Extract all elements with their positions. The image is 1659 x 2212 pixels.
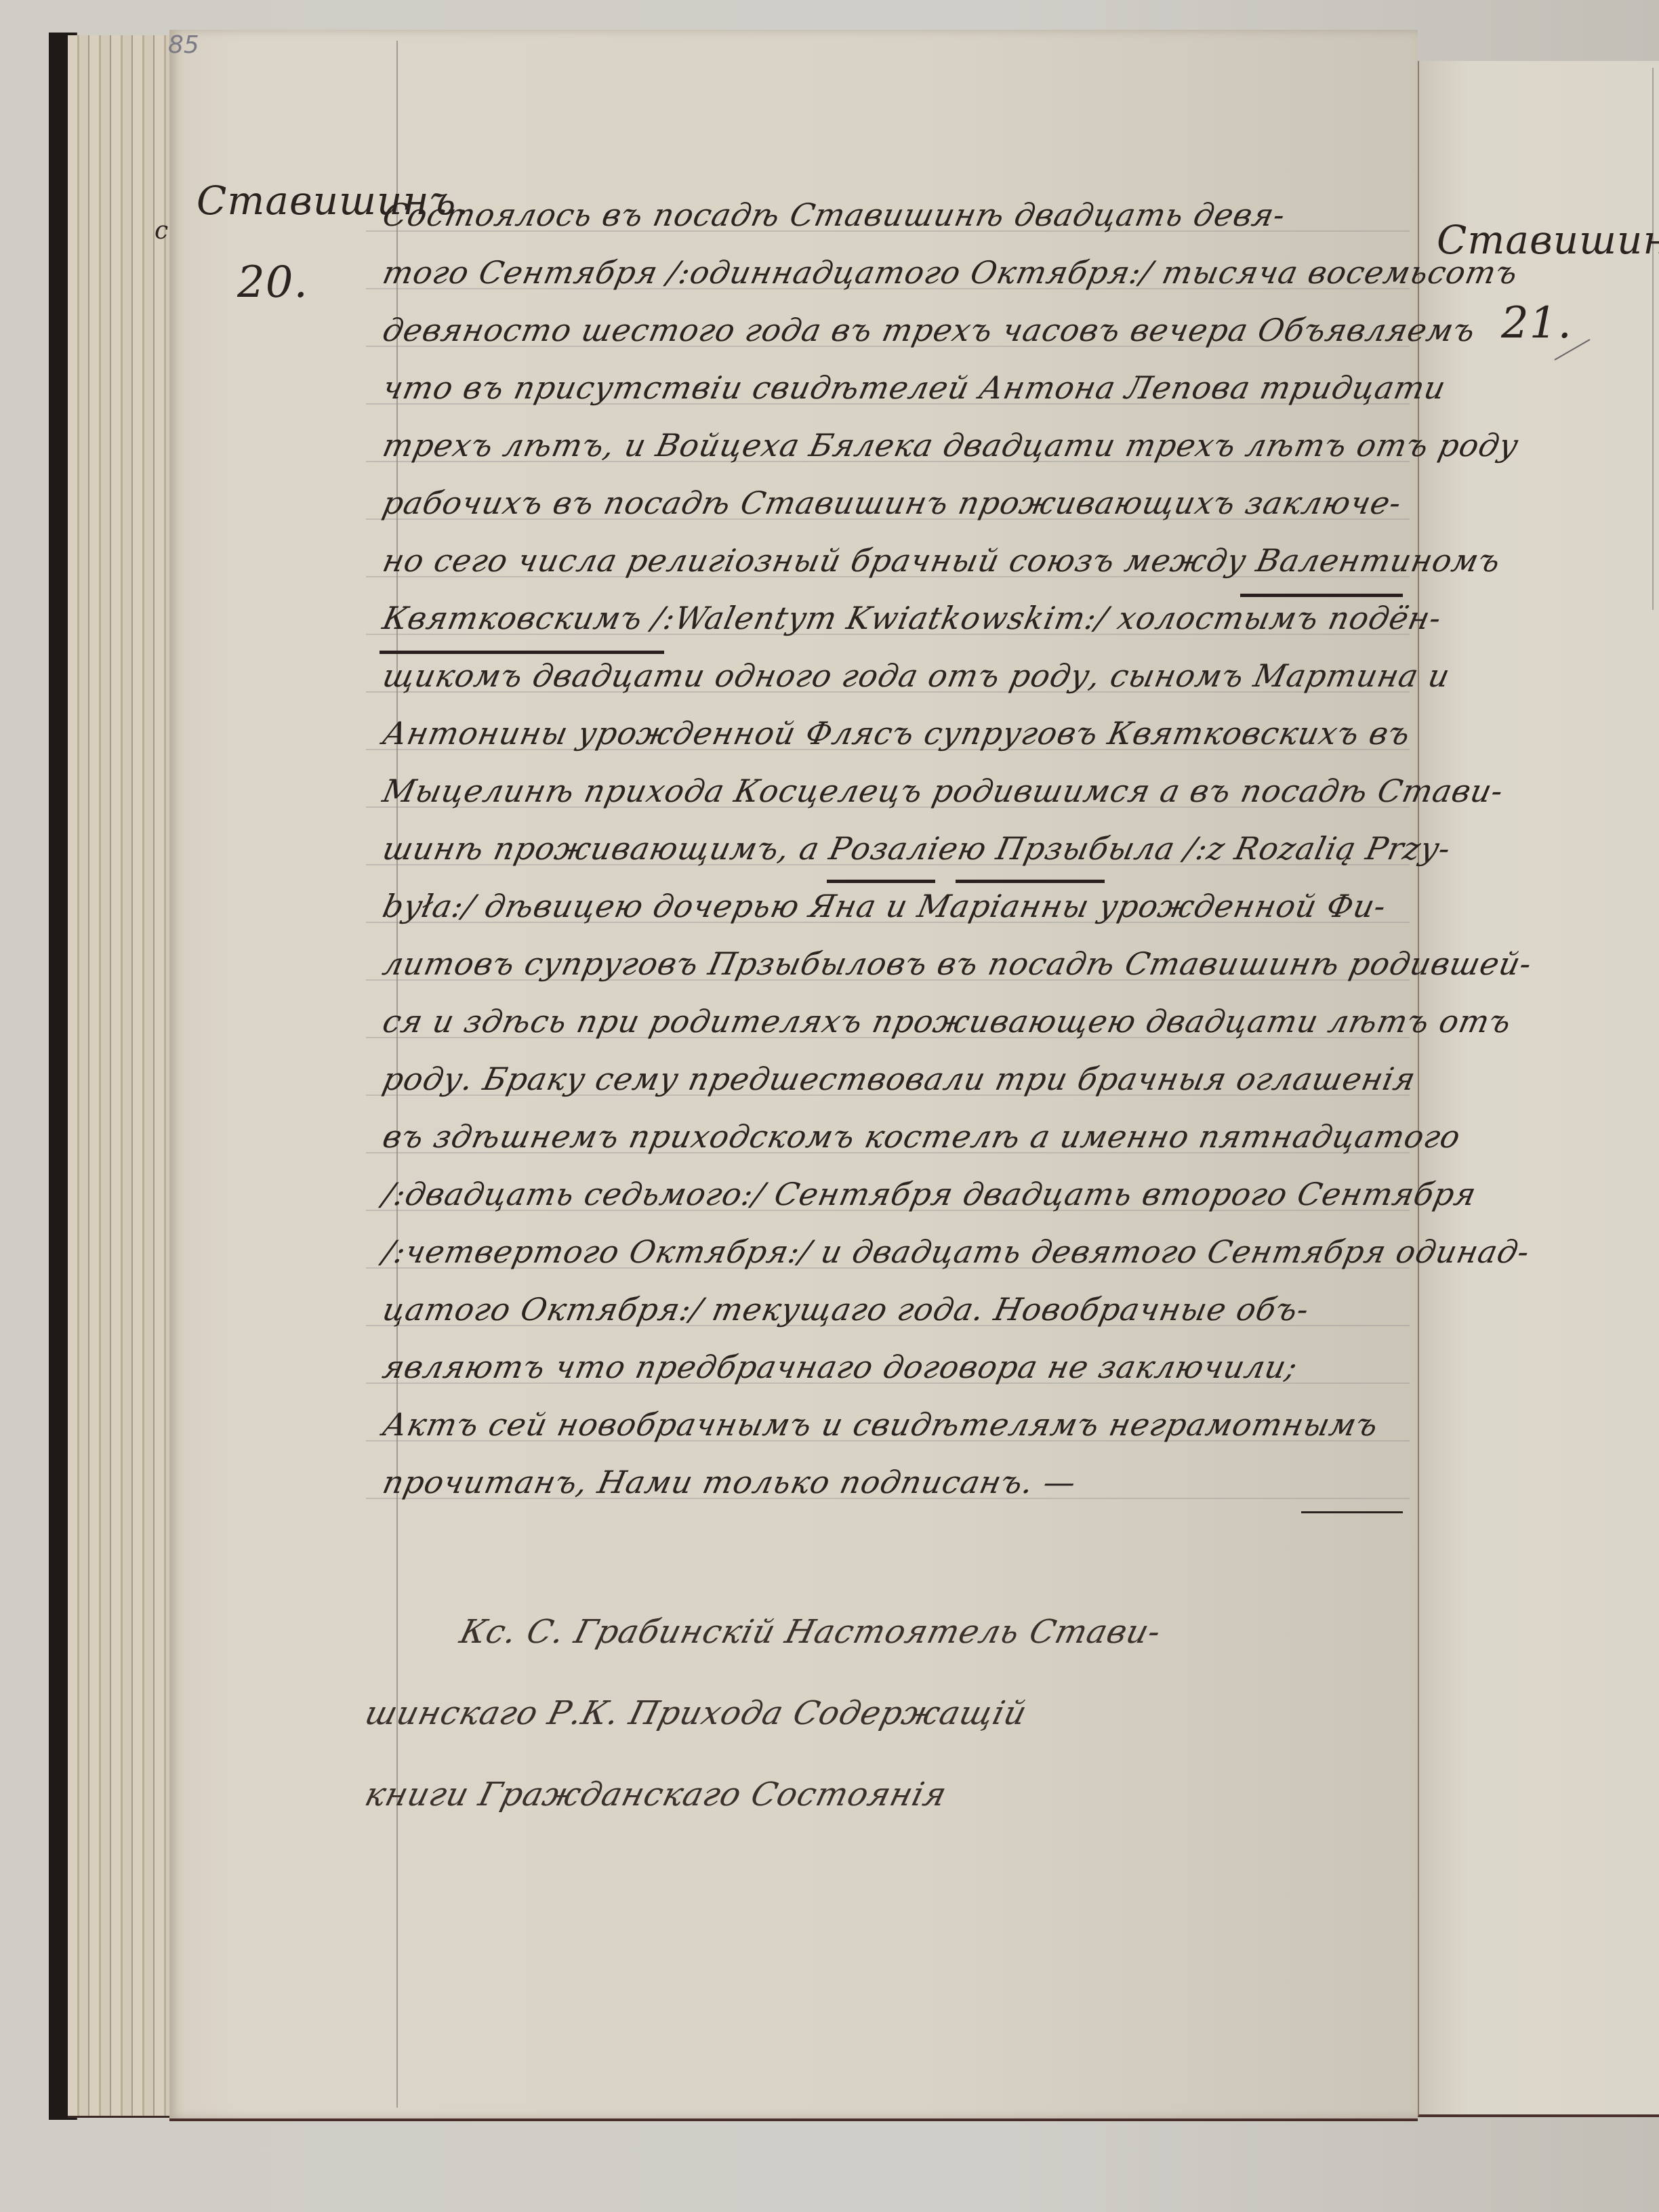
folio-number: 85 (168, 31, 199, 59)
record-line: въ здѣшнемъ приходскомъ костелѣ а именно… (380, 1118, 1464, 1155)
closing-dash (1301, 1511, 1403, 1513)
right-page-margin-rule (1652, 68, 1654, 610)
record-line: цатого Октября:/ текущаго года. Новобрач… (380, 1291, 1313, 1328)
record-line: литовъ супруговъ Прзыбыловъ въ посадѣ Ст… (380, 945, 1536, 982)
record-line: Антонины урожденной Флясъ супруговъ Квят… (380, 715, 1414, 752)
record-line: щикомъ двадцати одного года отъ роду, сы… (380, 657, 1454, 694)
record-line: шинѣ проживающимъ, а Розаліею Прзыбыла /… (380, 830, 1454, 867)
right-page (1418, 61, 1659, 2117)
name-underline-bride-surname (956, 880, 1105, 883)
signature-line: Кс. С. Грабинскій Настоятель Стави- (456, 1613, 1165, 1651)
record-line: ся и здѣсь при родителяхъ проживающею дв… (380, 1003, 1515, 1040)
record-line: девяносто шестого года въ трехъ часовъ в… (380, 312, 1479, 348)
record-line: рабочихъ въ посадѣ Ставишинъ проживающих… (380, 485, 1405, 521)
record-line: того Сентября /:одиннадцатого Октября:/ … (380, 254, 1521, 291)
name-underline-bride (827, 880, 935, 883)
page-stack-edges (68, 35, 183, 2118)
entry-number: 20. (237, 258, 308, 308)
record-line: роду. Браку сему предшествовали три брач… (380, 1061, 1419, 1097)
record-line: Мыцелинѣ прихода Косцелецъ родившимся а … (380, 773, 1507, 809)
record-line: Состоялось въ посадѣ Ставишинѣ двадцать … (380, 197, 1289, 233)
next-entry-locality: Ставишинъ (1437, 217, 1659, 263)
record-line: но сего числа религіозный брачный союзъ … (380, 542, 1504, 579)
record-line: Актъ сей новобрачнымъ и свидѣтелямъ негр… (380, 1406, 1382, 1443)
signature-line: шинскаго Р.К. Прихода Содержащій (361, 1694, 1031, 1732)
record-line: трехъ лѣтъ, и Войцеха Бялека двадцати тр… (380, 427, 1522, 464)
next-entry-number: 21. (1501, 298, 1572, 348)
record-line: что въ присутствіи свидѣтелей Антона Леп… (380, 369, 1450, 406)
record-line: являютъ что предбрачнаго договора не зак… (380, 1349, 1301, 1385)
record-line: była:/ дѣвицею дочерью Яна и Маріанны ур… (380, 888, 1390, 924)
record-line: /:двадцать седьмого:/ Сентября двадцать … (380, 1176, 1480, 1212)
record-line: Квятковскимъ /:Walentym Kwiatkowskim:/ х… (380, 600, 1445, 636)
name-underline-groom (1240, 594, 1403, 597)
record-line: /:четвертого Октября:/ и двадцать девято… (380, 1233, 1533, 1270)
bleed-through-mark: c (155, 217, 168, 245)
name-underline-groom-surname (380, 651, 664, 654)
signature-line: книги Гражданскаго Состоянія (361, 1776, 951, 1814)
record-line: прочитанъ, Нами только подписанъ. — (380, 1464, 1080, 1500)
